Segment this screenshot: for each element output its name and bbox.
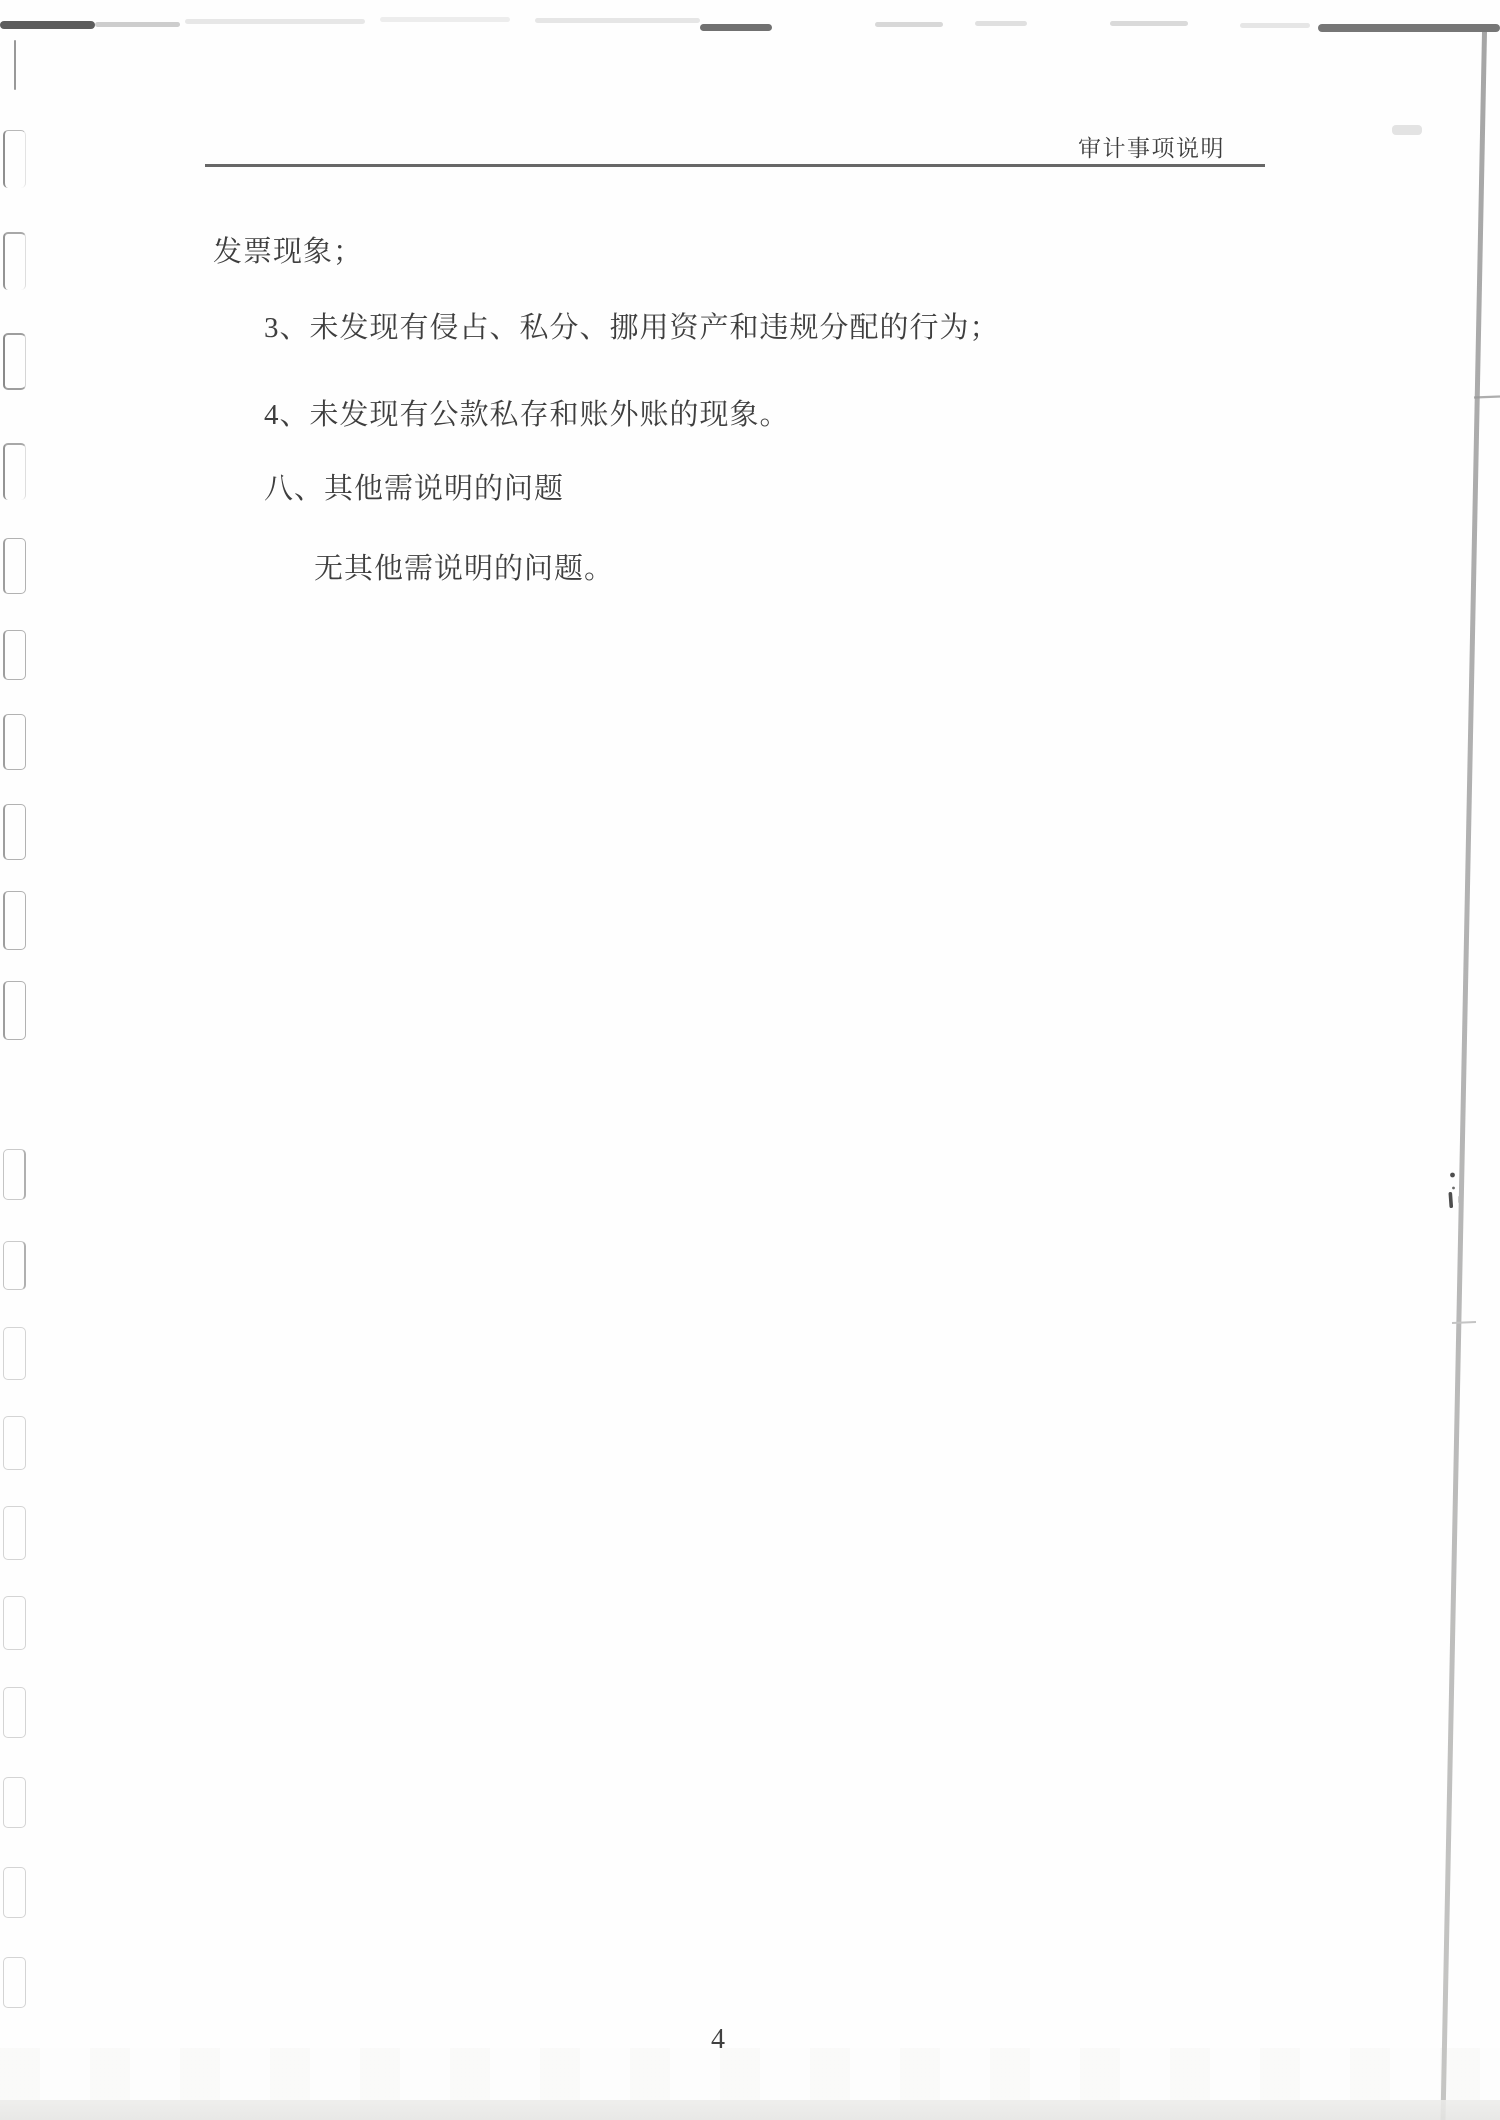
binding-hole-mark bbox=[3, 1777, 26, 1828]
binding-hole-mark bbox=[3, 714, 26, 770]
bottom-scan-mottle bbox=[0, 2048, 1500, 2100]
binding-hole-mark bbox=[14, 40, 16, 90]
binding-hole-mark bbox=[3, 1506, 26, 1560]
scan-streak bbox=[1318, 24, 1500, 32]
binding-hole-mark bbox=[3, 443, 26, 500]
scan-streak bbox=[380, 17, 510, 22]
scan-streak bbox=[975, 21, 1027, 26]
scanned-document-page: 审计事项说明 发票现象； 3、未发现有侵占、私分、挪用资产和违规分配的行为； 4… bbox=[0, 0, 1500, 2120]
binding-hole-mark bbox=[3, 981, 26, 1040]
scan-streak bbox=[875, 22, 943, 27]
bottom-scan-band bbox=[0, 2100, 1500, 2120]
scan-streak bbox=[700, 24, 772, 31]
ink-dash bbox=[1448, 1192, 1453, 1208]
binding-hole-mark bbox=[3, 804, 26, 860]
ink-speck bbox=[1450, 1173, 1455, 1178]
right-tick-mark bbox=[1474, 397, 1500, 398]
binding-hole-mark bbox=[3, 232, 26, 290]
scan-streak bbox=[1392, 125, 1422, 135]
paragraph-item-4: 4、未发现有公款私存和账外账的现象。 bbox=[264, 392, 790, 433]
scan-streak bbox=[535, 18, 700, 23]
binding-hole-mark bbox=[3, 1327, 26, 1380]
binding-hole-mark bbox=[3, 1867, 26, 1918]
binding-hole-mark bbox=[3, 1957, 26, 2008]
scan-streak bbox=[95, 22, 180, 27]
binding-hole-mark bbox=[3, 1149, 26, 1200]
vertical-scan-line bbox=[1443, 32, 1485, 2120]
binding-hole-mark bbox=[3, 538, 26, 594]
scan-streak bbox=[0, 21, 95, 29]
paragraph-invoice-continuation: 发票现象； bbox=[213, 229, 363, 270]
ink-speck-faint bbox=[1458, 1196, 1460, 1203]
right-faint-tick bbox=[1452, 1322, 1476, 1323]
header-rule bbox=[205, 164, 1265, 167]
scan-streak bbox=[185, 19, 365, 24]
page-header-title: 审计事项说明 bbox=[1078, 130, 1225, 163]
scan-streak bbox=[1240, 23, 1310, 28]
binding-hole-mark bbox=[3, 891, 26, 950]
binding-hole-mark bbox=[3, 630, 26, 680]
section-heading-eight: 八、其他需说明的问题 bbox=[264, 466, 564, 507]
binding-hole-mark bbox=[3, 1416, 26, 1470]
ink-speck bbox=[1452, 1187, 1455, 1190]
paragraph-item-3: 3、未发现有侵占、私分、挪用资产和违规分配的行为； bbox=[264, 305, 1000, 346]
binding-hole-mark bbox=[3, 130, 26, 188]
binding-hole-mark bbox=[3, 1687, 26, 1738]
binding-hole-mark bbox=[3, 333, 26, 390]
paragraph-no-other-issues: 无其他需说明的问题。 bbox=[314, 546, 614, 587]
binding-hole-mark bbox=[3, 1596, 26, 1650]
scan-streak bbox=[1110, 21, 1188, 26]
binding-hole-mark bbox=[3, 1241, 26, 1290]
